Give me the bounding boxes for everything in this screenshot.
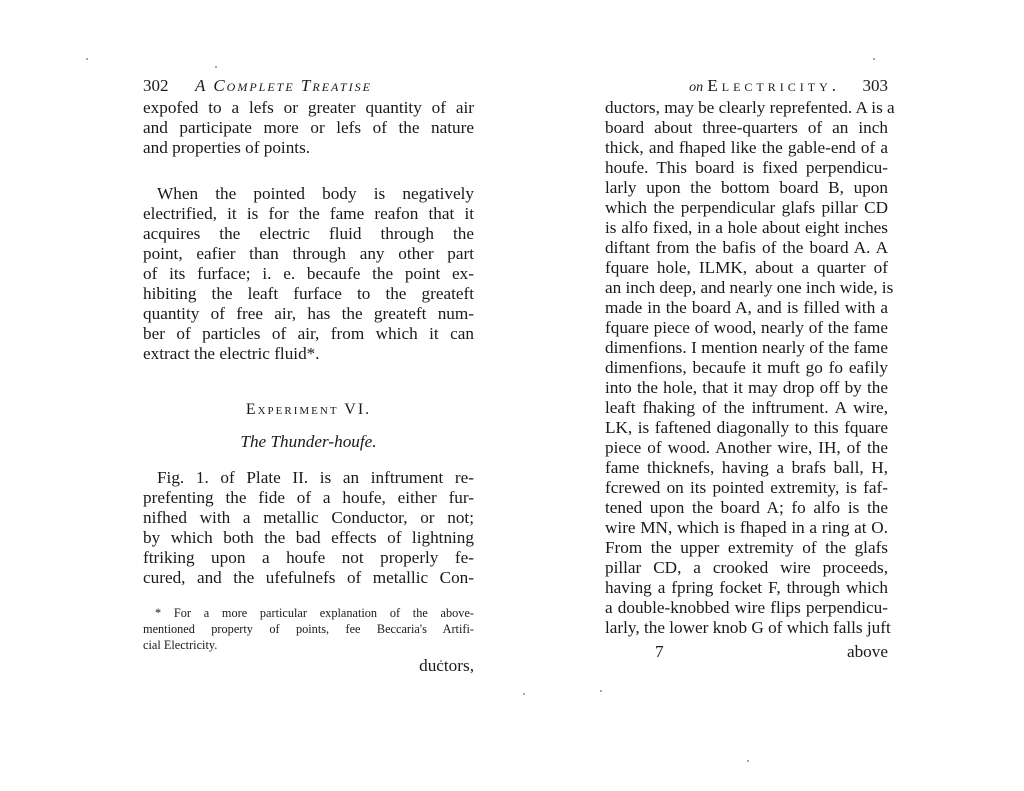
scan-speck [86,58,88,60]
text-line: is alfo fixed, in a hole about eight inc… [605,218,888,238]
text-line: of its furface; i. e. becaufe the point … [143,264,474,284]
right-running-head: on Electricity. 303 [605,76,888,96]
text-line: fquare hole, ILMK, about a quarter of [605,258,888,278]
text-line: into the hole, that it may drop off by t… [605,378,888,398]
text-line: Fig. 1. of Plate II. is an inftrument re… [157,468,474,488]
page-number: 302 [143,76,169,95]
text-line: ftriking upon a houfe not properly fe- [143,548,474,568]
text-line: point, eafier than through any other par… [143,244,474,264]
text-line: larly upon the bottom board B, upon [605,178,888,198]
text-line: acquires the electric fluid through the [143,224,474,244]
text-line: dimenfions. I mention nearly of the fame [605,338,888,358]
text-line: and participate more or lefs of the natu… [143,118,474,138]
footnote-line: mentioned property of points, fee Beccar… [143,621,474,637]
text-line: board about three-quarters of an inch [605,118,888,138]
text-line: When the pointed body is negatively [157,184,474,204]
catchword: above [847,642,888,662]
text-line: nifhed with a metallic Conductor, or not… [143,508,474,528]
text-line: an inch deep, and nearly one inch wide, … [605,278,888,298]
text-line: LK, is faftened diagonally to this fquar… [605,418,888,438]
text-line: having a fpring focket F, through which [605,578,888,598]
text-line: ber of particles of air, from which it c… [143,324,474,344]
text-line: ductors, may be clearly reprefented. A i… [605,98,888,118]
running-head-prefix: on [689,80,703,95]
page-number: 303 [863,76,889,95]
running-head-title: Electricity. [707,76,840,95]
text-line: From the upper extremity of the glafs [605,538,888,558]
text-line: pillar CD, a crooked wire proceeds, [605,558,888,578]
text-line: a double-knobbed wire flips perpendicu- [605,598,888,618]
text-line: made in the board A, and is filled with … [605,298,888,318]
text-line: which the perpendicular glafs pillar CD [605,198,888,218]
text-line: extract the electric fluid*. [143,344,320,364]
text-line: piece of wood. Another wire, IH, of the [605,438,888,458]
scan-speck [440,660,442,662]
left-running-head: 302 A Complete Treatise [143,76,474,96]
scan-speck [600,690,602,692]
text-line: cured, and the ufefulnefs of metallic Co… [143,568,474,588]
text-line: quantity of free air, has the greateft n… [143,304,474,324]
section-heading: Experiment VI. [143,400,474,420]
section-subtitle: The Thunder-houfe. [143,432,474,452]
text-line: tened upon the board A; fo alfo is the [605,498,888,518]
footnote-line: * For a more particular explanation of t… [155,605,474,621]
text-line: prefenting the fide of a houfe, either f… [143,488,474,508]
scan-speck [523,693,525,695]
text-line: and properties of points. [143,138,310,158]
text-line: fame thicknefs, having a brafs ball, H, [605,458,888,478]
text-line: fcrewed on its pointed extremity, is faf… [605,478,888,498]
text-line: houfe. This board is fixed perpendicu- [605,158,888,178]
scan-speck [215,66,217,68]
text-line: expofed to a lefs or greater quantity of… [143,98,474,118]
text-line: dimenfions, becaufe it muft go fo eafily [605,358,888,378]
text-line: electrified, it is for the fame reafon t… [143,204,474,224]
scan-speck [747,760,749,762]
text-line: hibiting the leaft furface to the greate… [143,284,474,304]
text-line: diftant from the bafis of the board A. A [605,238,888,258]
running-head-title: A Complete Treatise [195,76,372,95]
scan-speck [873,58,875,60]
text-line: fquare piece of wood, nearly of the fame [605,318,888,338]
text-line: thick, and fhaped like the gable-end of … [605,138,888,158]
text-line: by which both the bad effects of lightni… [143,528,474,548]
signature-mark: 7 [655,642,664,662]
footnote-line: cial Electricity. [143,637,217,653]
text-line: larly, the lower knob G of which falls j… [605,618,888,638]
catchword: ductors, [419,656,474,676]
text-line: leaft fhaking of the inftrument. A wire, [605,398,888,418]
text-line: wire MN, which is fhaped in a ring at O. [605,518,888,538]
